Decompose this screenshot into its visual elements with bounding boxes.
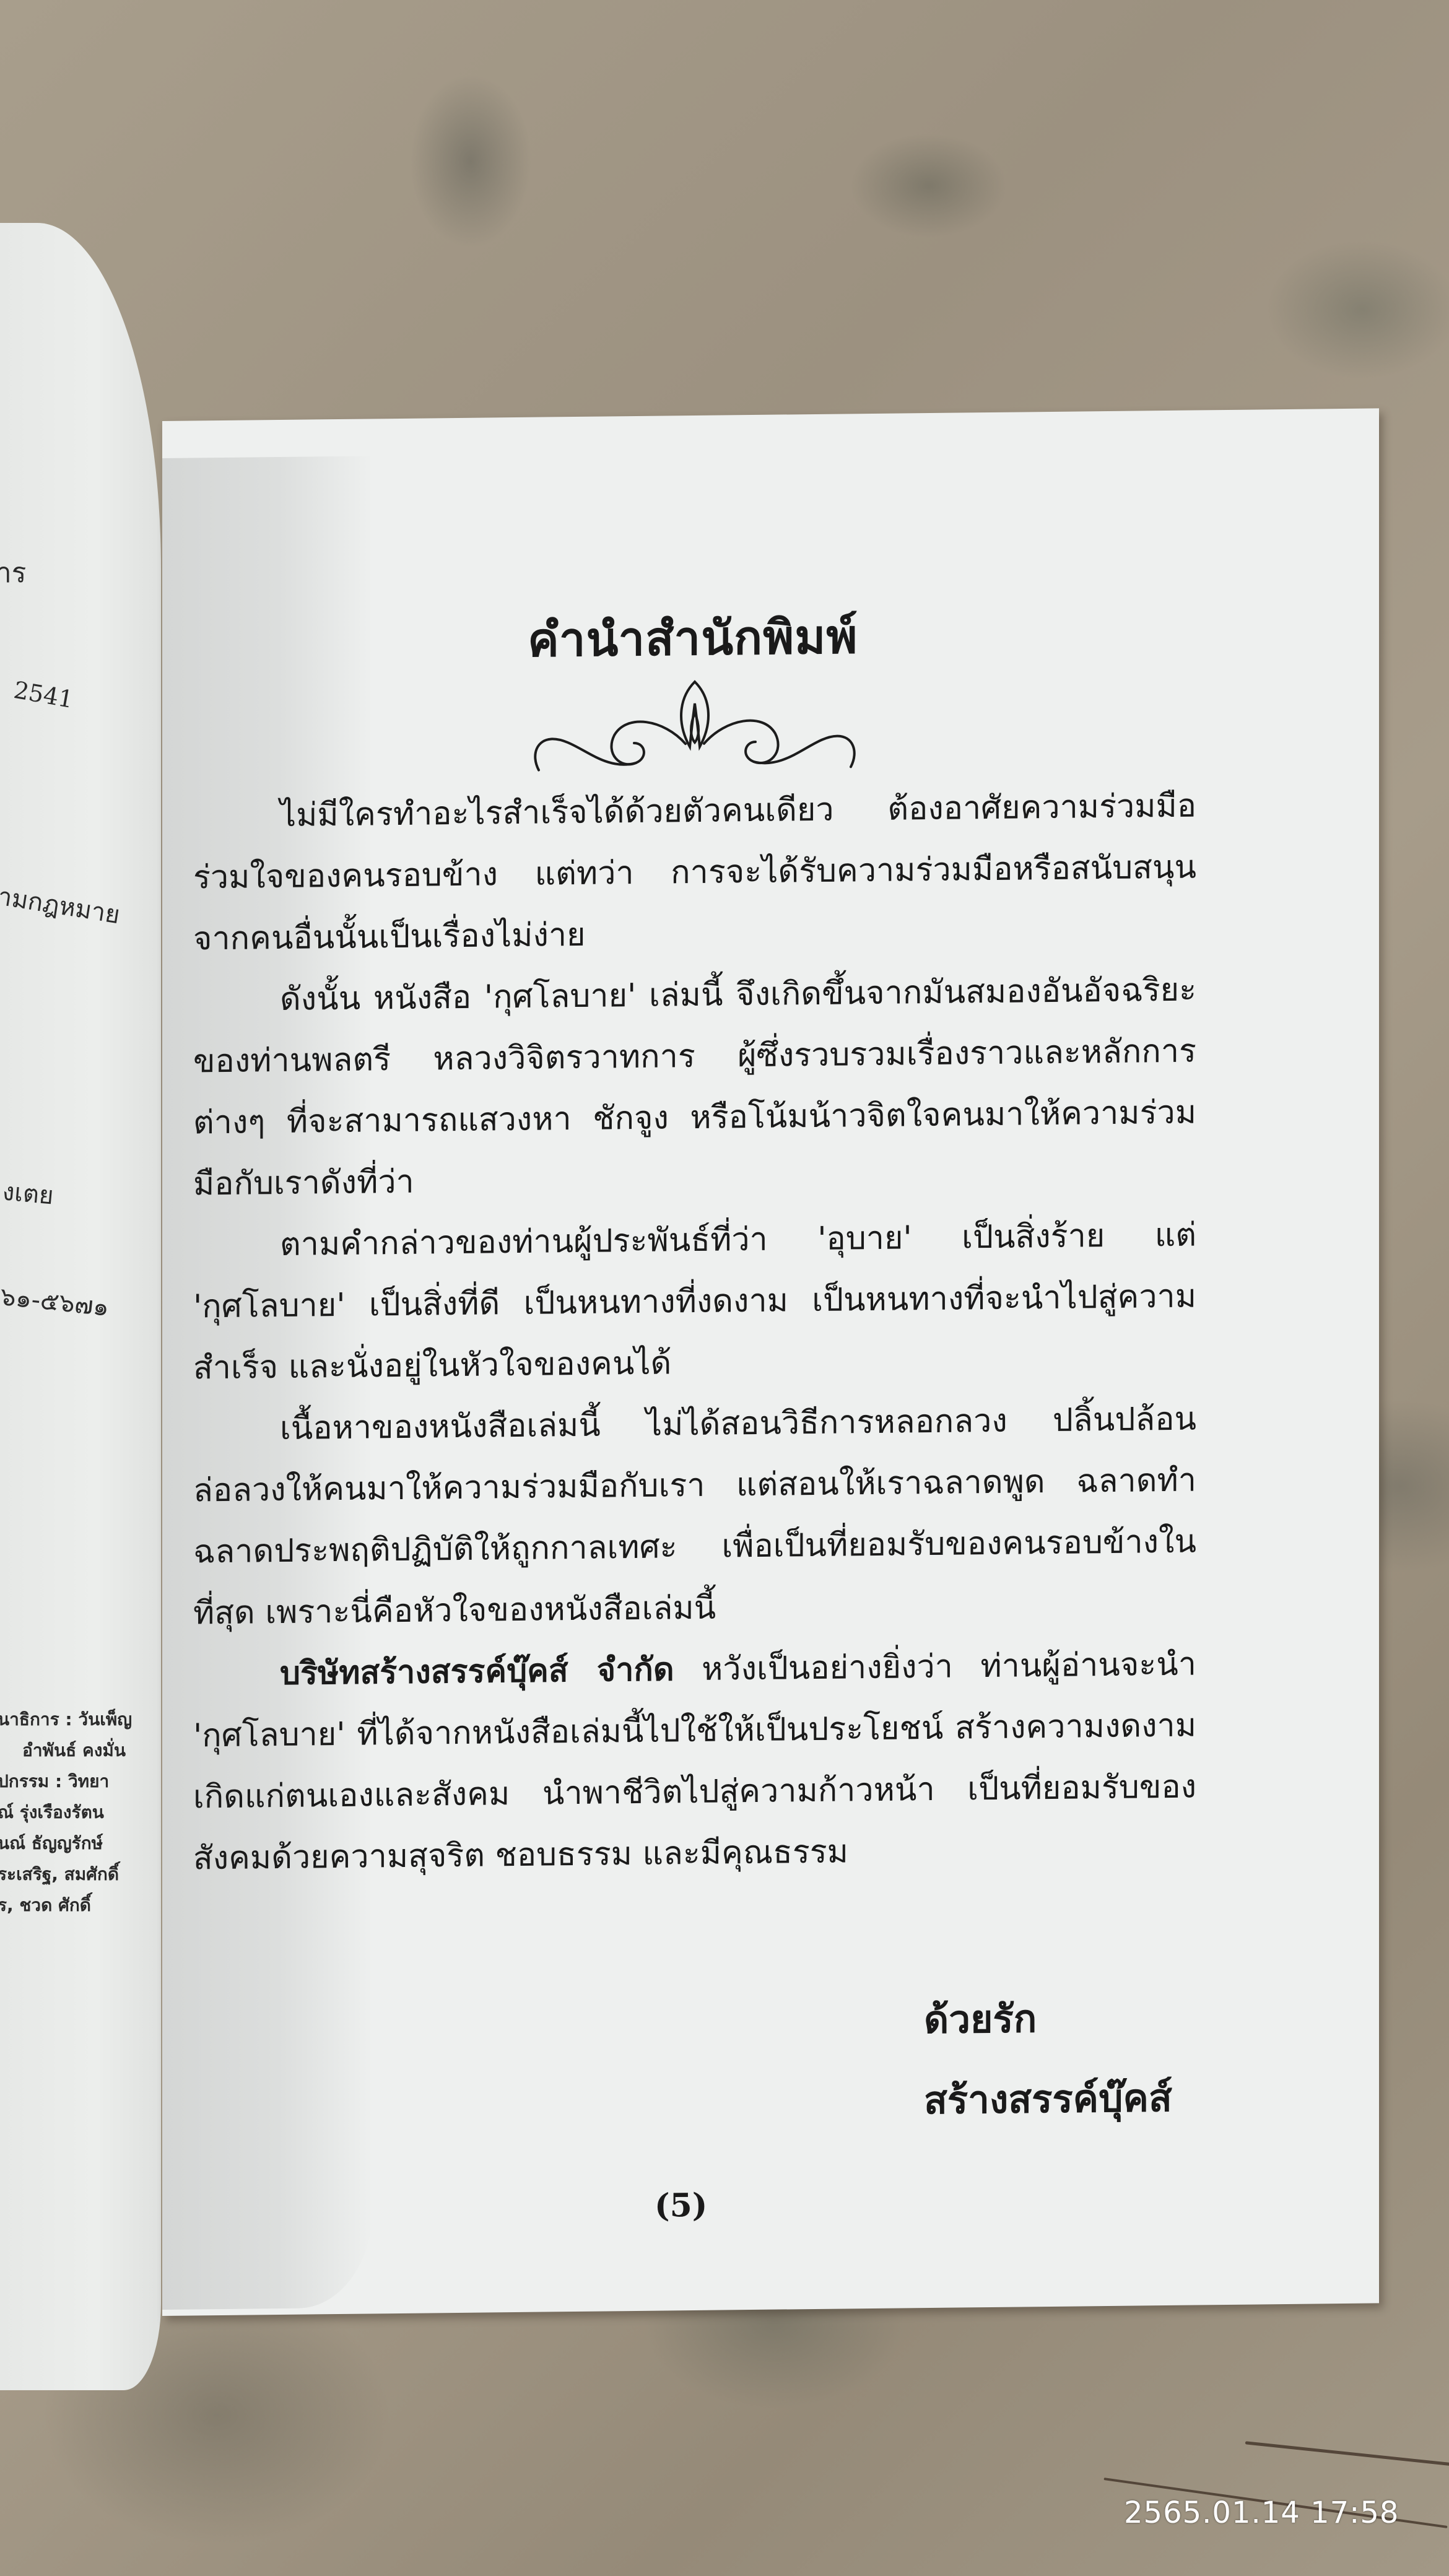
paragraph: ดังนั้น หนังสือ 'กุศโลบาย' เล่มนี้ จึงเก… [193, 960, 1196, 1216]
left-page-fragment: ๖๑-๕๖๗๑ [0, 1276, 111, 1327]
desk-crack [1245, 2441, 1449, 2466]
signature-block: ด้วยรัก สร้างสรรค์บุ๊คส์ [924, 1977, 1172, 2141]
paragraph: ตามคำกล่าวของท่านผู้ประพันธ์ที่ว่า 'อุบา… [193, 1205, 1196, 1399]
left-page-fragment: ปกรรม : วิทยา [0, 1768, 109, 1795]
paragraph-text: เนื้อหาของหนังสือเล่มนี้ ไม่ได้สอนวิธีกา… [193, 1401, 1196, 1632]
paragraph: บริษัทสร้างสรรค์บุ๊คส์ จำกัด หวังเป็นอย่… [193, 1634, 1196, 1890]
book-page: คำนำสำนักพิมพ์ ไม่มีใครทำอะไรสำเร็จได้ด้… [162, 408, 1379, 2316]
photo-timestamp: 2565.01.14 17:58 [1124, 2495, 1399, 2530]
flourish-ornament-icon [528, 668, 862, 777]
signature-publisher: สร้างสรรค์บุ๊คส์ [924, 2058, 1172, 2141]
left-page-fragment: ร, ชวด ศักดิ์ [0, 1892, 91, 1919]
paragraph-text: ตามคำกล่าวของท่านผู้ประพันธ์ที่ว่า 'อุบา… [193, 1217, 1196, 1387]
page-number: (5) [655, 2187, 707, 2225]
foreword-body: ไม่มีใครทำอะไรสำเร็จได้ด้วยตัวคนเดียว ต้… [193, 776, 1196, 1890]
left-page-fragment: าร [0, 551, 26, 594]
left-page-fragment: ามกฎหมาย [0, 876, 123, 934]
paragraph-text: ไม่มีใครทำอะไรสำเร็จได้ด้วยตัวคนเดียว ต้… [193, 788, 1196, 958]
left-page-fragment: อำพันธ์ คงมั่น [22, 1737, 126, 1764]
left-page-fragment: 2541 [12, 676, 76, 713]
page-content: คำนำสำนักพิมพ์ ไม่มีใครทำอะไรสำเร็จได้ด้… [193, 411, 1190, 421]
left-page: าร 2541 ามกฎหมาย งเตย ๖๑-๕๖๗๑ นาธิการ : … [0, 223, 161, 2390]
paragraph-text: ดังนั้น หนังสือ 'กุศโลบาย' เล่มนี้ จึงเก… [193, 972, 1196, 1203]
signature-closing: ด้วยรัก [924, 1977, 1172, 2060]
page-title: คำนำสำนักพิมพ์ [528, 599, 858, 677]
left-page-fragment: นาธิการ : วันเพ็ญ [0, 1706, 132, 1733]
paragraph: ไม่มีใครทำอะไรสำเร็จได้ด้วยตัวคนเดียว ต้… [193, 776, 1196, 970]
publisher-company-name: บริษัทสร้างสรรค์บุ๊คส์ จำกัด [280, 1651, 674, 1692]
left-page-fragment: ระเสริฐ, สมศักดิ์ [0, 1861, 119, 1888]
left-page-fragment: ณ์ รุ่งเรืองรัตน [0, 1799, 104, 1826]
left-page-fragment: งเตย [1, 1172, 55, 1216]
paragraph: เนื้อหาของหนังสือเล่มนี้ ไม่ได้สอนวิธีกา… [193, 1389, 1196, 1645]
left-page-fragment: นณ์ ธัญญรักษ์ [0, 1830, 103, 1857]
